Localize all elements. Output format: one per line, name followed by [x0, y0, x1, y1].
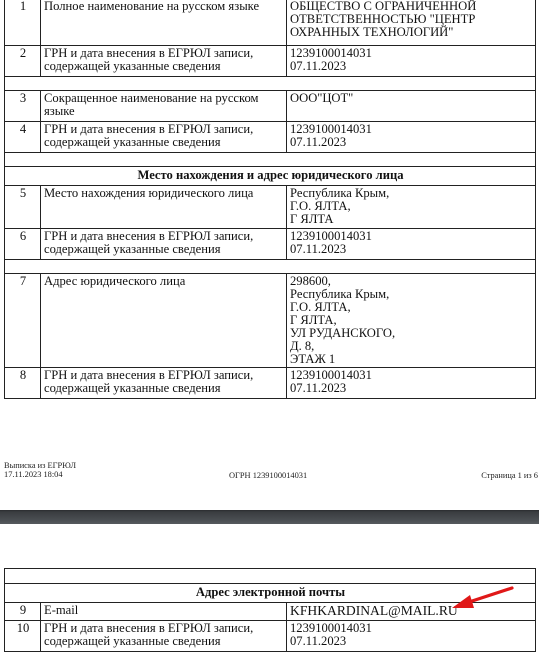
section-heading: Место нахождения и адрес юридического ли…: [5, 167, 536, 186]
row-number: 2: [5, 46, 41, 77]
table-row: 10 ГРН и дата внесения в ЕГРЮЛ записи,со…: [5, 621, 536, 652]
row-value: 123910001403107.11.2023: [287, 621, 536, 652]
row-value: 123910001403107.11.2023: [287, 122, 536, 153]
row-label: Сокращенное наименование на русскомязыке: [41, 91, 287, 122]
footer-doc-title: Выписка из ЕГРЮЛ: [4, 461, 76, 470]
row-label: E-mail: [41, 603, 287, 621]
page-separator: [0, 510, 539, 524]
row-label: ГРН и дата внесения в ЕГРЮЛ записи,содер…: [41, 621, 287, 652]
spacer-row: [5, 260, 536, 274]
row-label: ГРН и дата внесения в ЕГРЮЛ записи,содер…: [41, 122, 287, 153]
footer-ogrn: ОГРН 1239100014031: [229, 471, 307, 480]
row-label: ГРН и дата внесения в ЕГРЮЛ записи,содер…: [41, 46, 287, 77]
row-number: 9: [5, 603, 41, 621]
pdf-page-1: 1 Полное наименование на русском языке О…: [0, 0, 539, 510]
row-number: 10: [5, 621, 41, 652]
row-number: 1: [5, 0, 41, 46]
row-number: 8: [5, 368, 41, 399]
table-row: 2 ГРН и дата внесения в ЕГРЮЛ записи,сод…: [5, 46, 536, 77]
table-row: 1 Полное наименование на русском языке О…: [5, 0, 536, 46]
row-label: ГРН и дата внесения в ЕГРЮЛ записи,содер…: [41, 368, 287, 399]
table-row: 4 ГРН и дата внесения в ЕГРЮЛ записи,сод…: [5, 122, 536, 153]
table-row: 8 ГРН и дата внесения в ЕГРЮЛ записи,сод…: [5, 368, 536, 399]
row-number: 7: [5, 274, 41, 368]
section-heading-row: Место нахождения и адрес юридического ли…: [5, 167, 536, 186]
row-number: 3: [5, 91, 41, 122]
table-row: 7 Адрес юридического лица 298600, Респуб…: [5, 274, 536, 368]
footer-page-number: Страница 1 из 6: [481, 471, 538, 480]
row-value: 298600, Республика Крым, Г.О. ЯЛТА, Г ЯЛ…: [287, 274, 536, 368]
row-value: ОБЩЕСТВО С ОГРАНИЧЕННОЙ ОТВЕТСТВЕННОСТЬЮ…: [287, 0, 536, 46]
row-label: ГРН и дата внесения в ЕГРЮЛ записи,содер…: [41, 229, 287, 260]
row-number: 4: [5, 122, 41, 153]
row-value: 123910001403107.11.2023: [287, 368, 536, 399]
row-value: ООО"ЦОТ": [287, 91, 536, 122]
row-value: 123910001403107.11.2023: [287, 46, 536, 77]
row-value: 123910001403107.11.2023: [287, 229, 536, 260]
row-label: Полное наименование на русском языке: [41, 0, 287, 46]
spacer-row: [5, 153, 536, 167]
table-row: 6 ГРН и дата внесения в ЕГРЮЛ записи,сод…: [5, 229, 536, 260]
row-label: Адрес юридического лица: [41, 274, 287, 368]
table-row: 5 Место нахождения юридического лица Рес…: [5, 186, 536, 229]
spacer-row: [5, 569, 536, 584]
egrul-table-page-1: 1 Полное наименование на русском языке О…: [4, 0, 536, 399]
table-row: 3 Сокращенное наименование на русскомязы…: [5, 91, 536, 122]
footer-left: Выписка из ЕГРЮЛ 17.11.2023 18:04: [4, 461, 76, 479]
spacer-row: [5, 77, 536, 91]
row-number: 5: [5, 186, 41, 229]
row-value: Республика Крым, Г.О. ЯЛТА, Г ЯЛТА: [287, 186, 536, 229]
footer-timestamp: 17.11.2023 18:04: [4, 470, 76, 479]
red-arrow-annotation-icon: [440, 584, 520, 612]
row-label: Место нахождения юридического лица: [41, 186, 287, 229]
row-number: 6: [5, 229, 41, 260]
page-footer: Выписка из ЕГРЮЛ 17.11.2023 18:04 ОГРН 1…: [0, 461, 539, 483]
